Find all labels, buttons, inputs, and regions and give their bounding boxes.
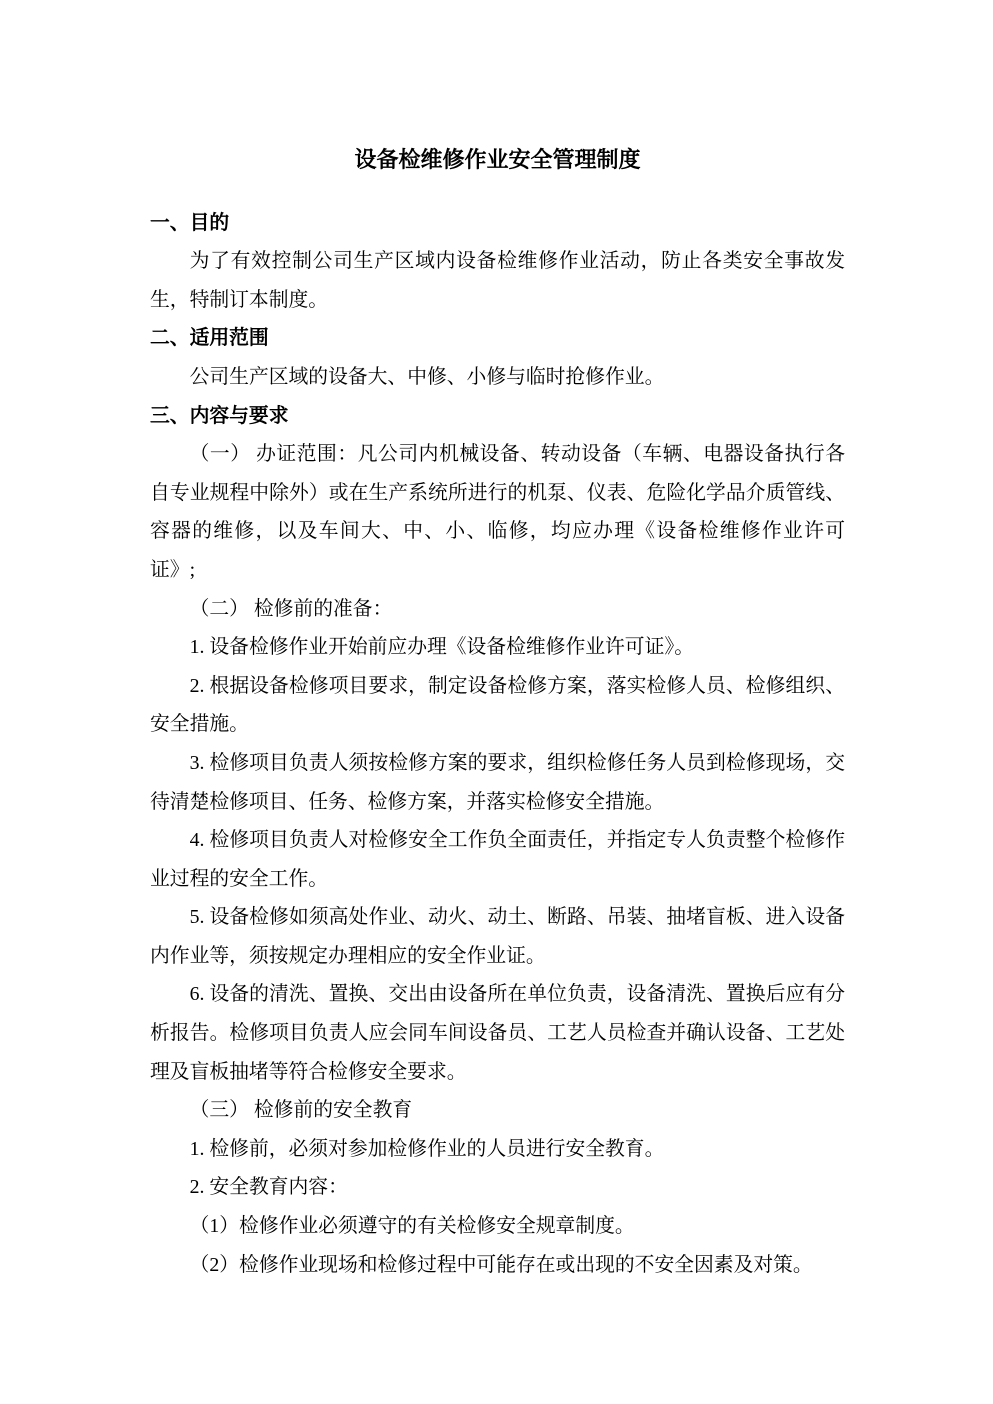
document-title: 设备检维修作业安全管理制度 [150,141,845,180]
paragraph-purpose: 为了有效控制公司生产区域内设备检维修作业活动，防止各类安全事故发生，特制订本制度… [150,242,845,319]
paragraph-safety-education-content-2: （2）检修作业现场和检修过程中可能存在或出现的不安全因素及对策。 [150,1246,845,1285]
paragraph-preparation-heading: （二） 检修前的准备： [150,590,845,629]
paragraph-preparation-item-6: 6. 设备的清洗、置换、交出由设备所在单位负责，设备清洗、置换后应有分析报告。检… [150,975,845,1091]
paragraph-preparation-item-4: 4. 检修项目负责人对检修安全工作负全面责任，并指定专人负责整个检修作业过程的安… [150,821,845,898]
paragraph-preparation-item-2: 2. 根据设备检修项目要求，制定设备检修方案，落实检修人员、检修组织、安全措施。 [150,667,845,744]
paragraph-preparation-item-3: 3. 检修项目负责人须按检修方案的要求，组织检修任务人员到检修现场，交待清楚检修… [150,744,845,821]
paragraph-safety-education-heading: （三） 检修前的安全教育 [150,1091,845,1130]
section-heading-content-requirements: 三、内容与要求 [150,397,845,436]
paragraph-preparation-item-1: 1. 设备检修作业开始前应办理《设备检维修作业许可证》。 [150,628,845,667]
section-heading-scope: 二、适用范围 [150,319,845,358]
section-heading-purpose: 一、目的 [150,204,845,243]
paragraph-safety-education-item-2: 2. 安全教育内容： [150,1168,845,1207]
paragraph-scope: 公司生产区域的设备大、中修、小修与临时抢修作业。 [150,358,845,397]
paragraph-safety-education-item-1: 1. 检修前，必须对参加检修作业的人员进行安全教育。 [150,1130,845,1169]
paragraph-preparation-item-5: 5. 设备检修如须高处作业、动火、动土、断路、吊装、抽堵盲板、进入设备内作业等，… [150,898,845,975]
paragraph-permit-scope: （一） 办证范围：凡公司内机械设备、转动设备（车辆、电器设备执行各自专业规程中除… [150,435,845,589]
document-page: 设备检维修作业安全管理制度 一、目的 为了有效控制公司生产区域内设备检维修作业活… [0,0,993,1404]
paragraph-safety-education-content-1: （1）检修作业必须遵守的有关检修安全规章制度。 [150,1207,845,1246]
